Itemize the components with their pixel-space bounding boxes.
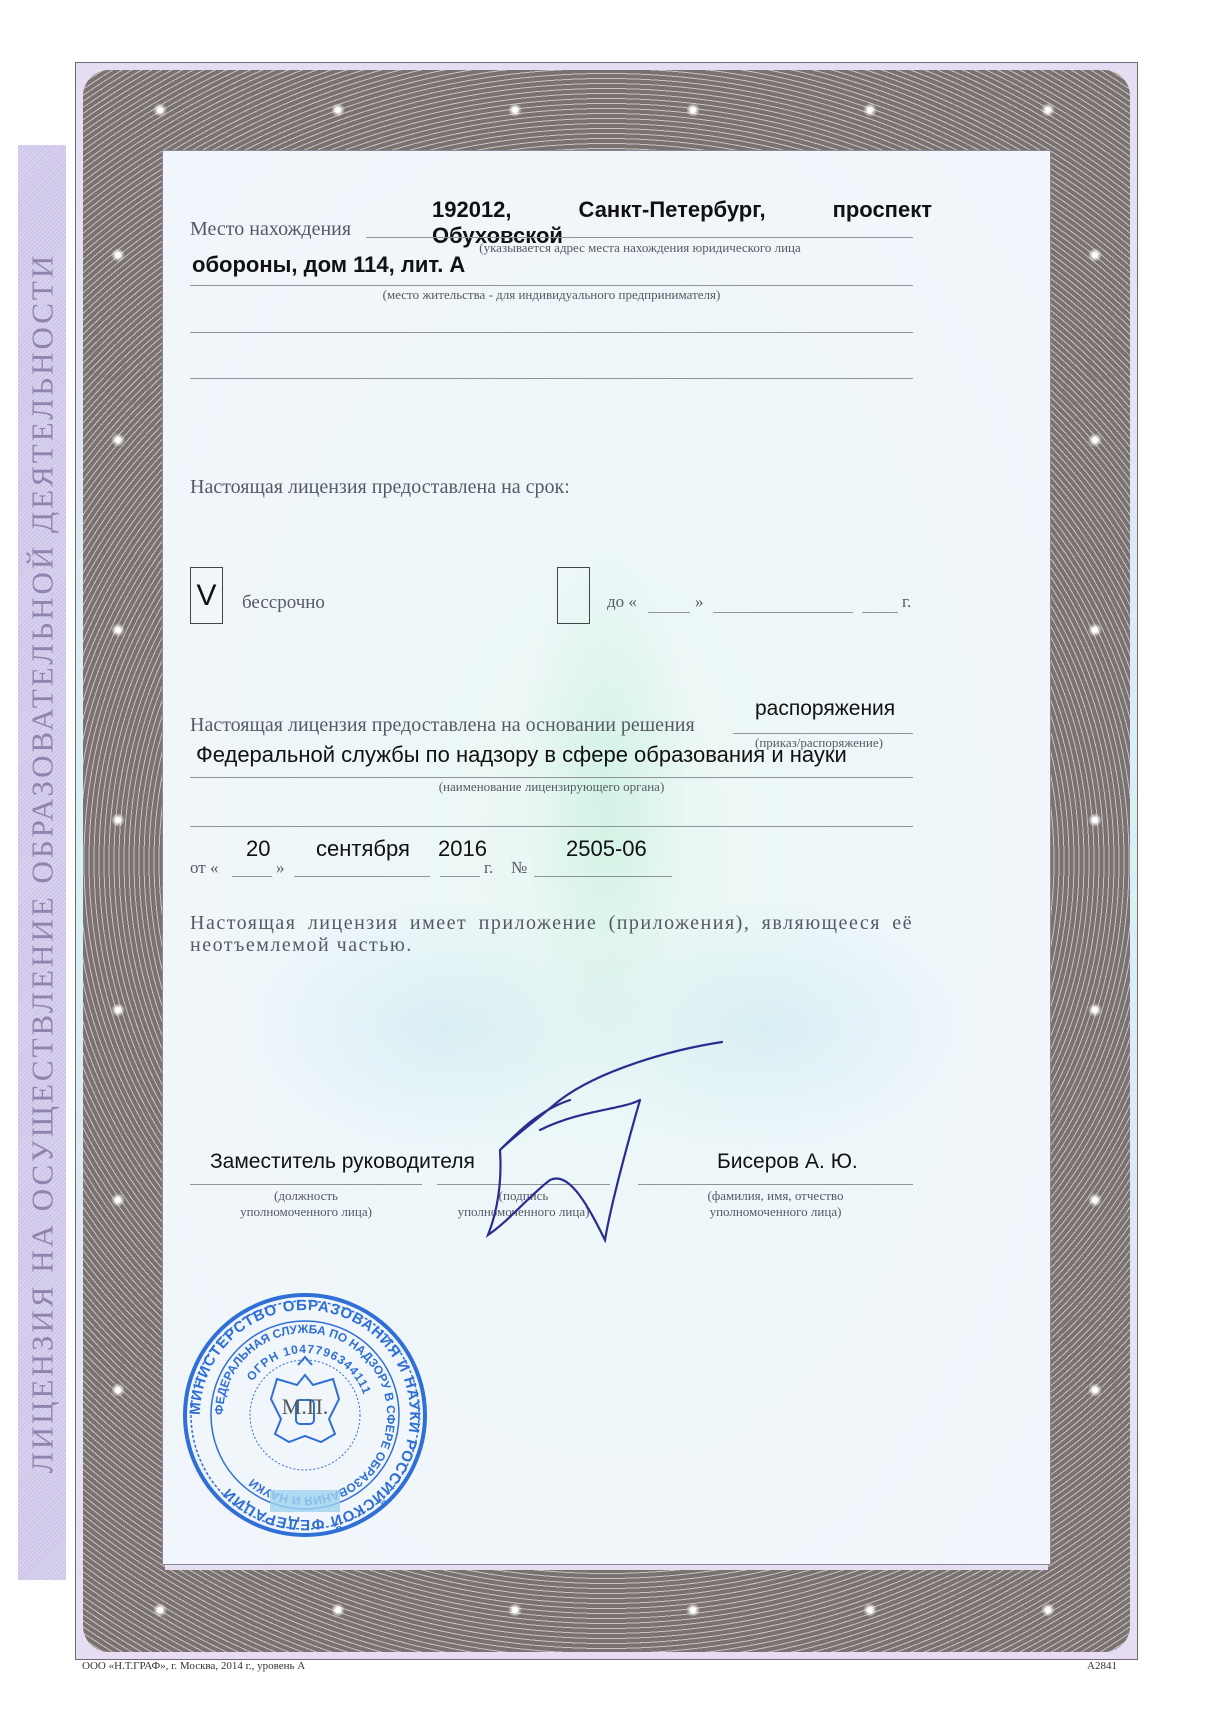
date-day-rule <box>232 876 272 877</box>
term-until-suffix: г. <box>902 592 911 612</box>
rosette <box>111 1193 125 1207</box>
rosette <box>686 1603 700 1617</box>
location-label: Место нахождения <box>190 218 351 241</box>
rosette <box>331 103 345 117</box>
date-year-suffix: г. <box>484 858 493 878</box>
footer-printer: ООО «Н.Т.ГРАФ», г. Москва, 2014 г., уров… <box>82 1660 305 1672</box>
rosette <box>111 433 125 447</box>
date-quote-close: » <box>276 858 285 878</box>
rosette <box>863 103 877 117</box>
location-hint-1: (указывается адрес места нахождения юрид… <box>460 240 820 256</box>
term-until-prefix: до « <box>607 592 637 612</box>
rosette <box>153 1603 167 1617</box>
location-rule-2 <box>190 285 913 286</box>
location-value-line2: обороны, дом 114, лит. А <box>192 252 465 278</box>
term-until-year-rule <box>862 612 898 613</box>
date-number-rule <box>534 876 672 877</box>
appendix-text: Настоящая лицензия имеет приложение (при… <box>190 912 913 956</box>
rosette <box>1088 623 1102 637</box>
rosette <box>111 248 125 262</box>
term-label: Настоящая лицензия предоставлена на срок… <box>190 476 570 499</box>
rosette <box>686 103 700 117</box>
rosette <box>1041 103 1055 117</box>
rosette <box>111 623 125 637</box>
checkbox-unlimited[interactable]: V <box>190 567 223 624</box>
rosette <box>111 1003 125 1017</box>
rosette <box>111 813 125 827</box>
stamp-mp: М.П. <box>282 1394 328 1419</box>
basis-decision-type: распоряжения <box>755 697 895 721</box>
date-month-rule <box>294 876 430 877</box>
date-number-label: № <box>511 858 527 878</box>
term-until-mid: » <box>695 592 704 612</box>
basis-rule-2 <box>190 826 913 827</box>
rosette <box>153 103 167 117</box>
basis-authority-rule <box>190 777 913 778</box>
date-year: 2016 <box>438 836 487 862</box>
rosette <box>508 103 522 117</box>
rosette <box>1088 1193 1102 1207</box>
term-until-day-rule <box>648 612 690 613</box>
signature-position: Заместитель руководителя <box>210 1150 475 1174</box>
location-hint-2: (место жительства - для индивидуального … <box>190 287 913 303</box>
rosette <box>1088 813 1102 827</box>
rosette <box>1088 248 1102 262</box>
date-month: сентября <box>316 836 410 862</box>
date-day: 20 <box>246 836 270 862</box>
official-stamp: МИНИСТЕРСТВО ОБРАЗОВАНИЯ И НАУКИ РОССИЙС… <box>180 1290 430 1540</box>
footer-serial: А2841 <box>1087 1660 1117 1672</box>
rosette <box>863 1603 877 1617</box>
basis-label: Настоящая лицензия предоставлена на осно… <box>190 714 695 737</box>
signature-position-rule <box>190 1184 422 1185</box>
signature-position-hint-1: (должность <box>190 1188 422 1204</box>
signature-position-hint-2: уполномоченного лица) <box>190 1204 422 1220</box>
rosette <box>111 1383 125 1397</box>
basis-authority: Федеральной службы по надзору в сфере об… <box>196 742 847 768</box>
check-mark-empty <box>558 568 589 623</box>
basis-decision-rule <box>733 733 913 734</box>
rosette <box>1041 1603 1055 1617</box>
side-title-text: ЛИЦЕНЗИЯ НА ОСУЩЕСТВЛЕНИЕ ОБРАЗОВАТЕЛЬНО… <box>24 252 60 1473</box>
location-rule-1 <box>366 237 913 238</box>
term-until-month-rule <box>713 612 853 613</box>
checkbox-until-date[interactable] <box>557 567 590 624</box>
check-mark: V <box>191 568 222 623</box>
basis-authority-hint: (наименование лицензирующего органа) <box>190 779 913 795</box>
rosette <box>1088 1383 1102 1397</box>
handwritten-signature <box>470 1030 770 1250</box>
rosette <box>1088 1003 1102 1017</box>
side-title: ЛИЦЕНЗИЯ НА ОСУЩЕСТВЛЕНИЕ ОБРАЗОВАТЕЛЬНО… <box>18 145 66 1580</box>
rosette <box>1088 433 1102 447</box>
term-unlimited-label: бессрочно <box>242 592 325 614</box>
date-number: 2505-06 <box>566 836 647 862</box>
location-rule-4 <box>190 378 913 379</box>
location-rule-3 <box>190 332 913 333</box>
date-prefix: от « <box>190 858 218 878</box>
rosette <box>508 1603 522 1617</box>
rosette <box>331 1603 345 1617</box>
date-year-rule <box>440 876 480 877</box>
